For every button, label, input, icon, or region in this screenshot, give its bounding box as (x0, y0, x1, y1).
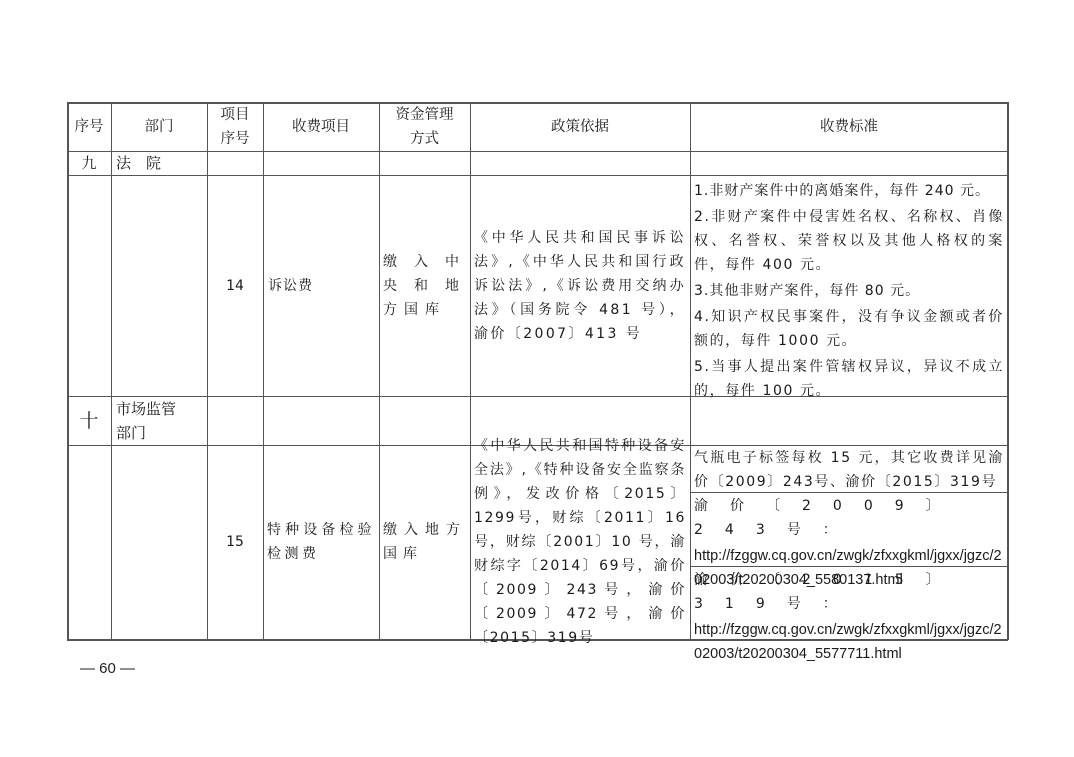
header-fund-line1: 资金管理 (396, 103, 454, 127)
standard-link[interactable]: http://fzggw.cq.gov.cn/zwgk/zfxxgkml/jgx… (690, 617, 1008, 667)
standard-line: 1.非财产案件中的离婚案件，每件 240 元。 (690, 178, 1008, 204)
fund-mgmt: 缴入中央和地方国库 (379, 249, 470, 323)
header-item-seq: 项目 序号 (207, 102, 263, 151)
header-dept: 部门 (111, 102, 207, 151)
standard-line: 气瓶电子标签每枚 15 元，其它收费详见渝价〔2009〕243号、渝价〔2015… (690, 445, 1008, 495)
standard-cell: 渝价〔2009〕243号： http://fzggw.cq.gov.cn/zwg… (690, 493, 1008, 566)
standard-label: 渝价〔2015〕319号： (690, 567, 1008, 617)
header-standard: 收费标准 (690, 102, 1008, 151)
page-number: — 60 — (80, 660, 135, 677)
standard-label-text: 渝价〔2009〕243号： (694, 494, 1004, 542)
row-divider (67, 151, 1008, 152)
section-seq: 十 (67, 396, 111, 445)
standard-line: 4.知识产权民事案件，没有争议金额或者价额的，每件 1000 元。 (690, 304, 1008, 354)
standard-label-text: 渝价〔2015〕319号： (694, 568, 1004, 616)
standard-cell: 1.非财产案件中的离婚案件，每件 240 元。 2.非财产案件中侵害姓名权、名称… (690, 175, 1008, 396)
header-policy: 政策依据 (470, 102, 690, 151)
border-left (67, 102, 69, 640)
header-item: 收费项目 (263, 102, 379, 151)
policy-text: 《中华人民共和国特种设备安全法》,《特种设备安全监察条例》，发改价格〔2015〕… (470, 433, 690, 651)
fund-mgmt-cell: 缴入中央和地方国库 (379, 175, 470, 396)
standard-label: 渝价〔2009〕243号： (690, 493, 1008, 543)
fund-mgmt-cell: 缴入地方国库 (379, 445, 470, 639)
item-seq: 15 (207, 445, 263, 639)
section-dept: 法 院 (111, 151, 207, 175)
col-divider (111, 102, 112, 640)
header-item-seq-line1: 项目 (221, 103, 250, 127)
standard-line: 2.非财产案件中侵害姓名权、名称权、肖像权、名誉权、荣誉权以及其他人格权的案件，… (690, 204, 1008, 278)
policy-text: 《中华人民共和国民事诉讼法》,《中华人民共和国行政诉讼法》,《诉讼费用交纳办法》… (470, 225, 690, 347)
policy-cell: 《中华人民共和国民事诉讼法》,《中华人民共和国行政诉讼法》,《诉讼费用交纳办法》… (470, 175, 690, 396)
section-dept: 市场监管部门 (111, 396, 187, 445)
standard-cell: 渝价〔2015〕319号： http://fzggw.cq.gov.cn/zwg… (690, 567, 1008, 639)
header-fund-line2: 方式 (410, 127, 439, 151)
standard-line: 3.其他非财产案件，每件 80 元。 (690, 278, 1008, 304)
header-item-seq-line2: 序号 (221, 127, 250, 151)
fund-mgmt: 缴入地方国库 (379, 517, 470, 567)
item-name: 诉讼费 (263, 175, 379, 396)
standard-cell: 气瓶电子标签每枚 15 元，其它收费详见渝价〔2009〕243号、渝价〔2015… (690, 445, 1008, 492)
policy-cell: 《中华人民共和国特种设备安全法》,《特种设备安全监察条例》，发改价格〔2015〕… (470, 445, 690, 639)
header-fund: 资金管理 方式 (379, 102, 470, 151)
item-name: 特种设备检验检测费 (263, 517, 379, 567)
fee-table: 序号 部门 项目 序号 收费项目 资金管理 方式 政策依据 收费标准 九 法 院… (67, 102, 1008, 640)
item-seq: 14 (207, 175, 263, 396)
header-seq: 序号 (67, 102, 111, 151)
item-name-cell: 特种设备检验检测费 (263, 445, 379, 639)
section-seq: 九 (67, 151, 111, 175)
standard-line: 5.当事人提出案件管辖权异议，异议不成立的，每件 100 元。 (690, 354, 1008, 404)
